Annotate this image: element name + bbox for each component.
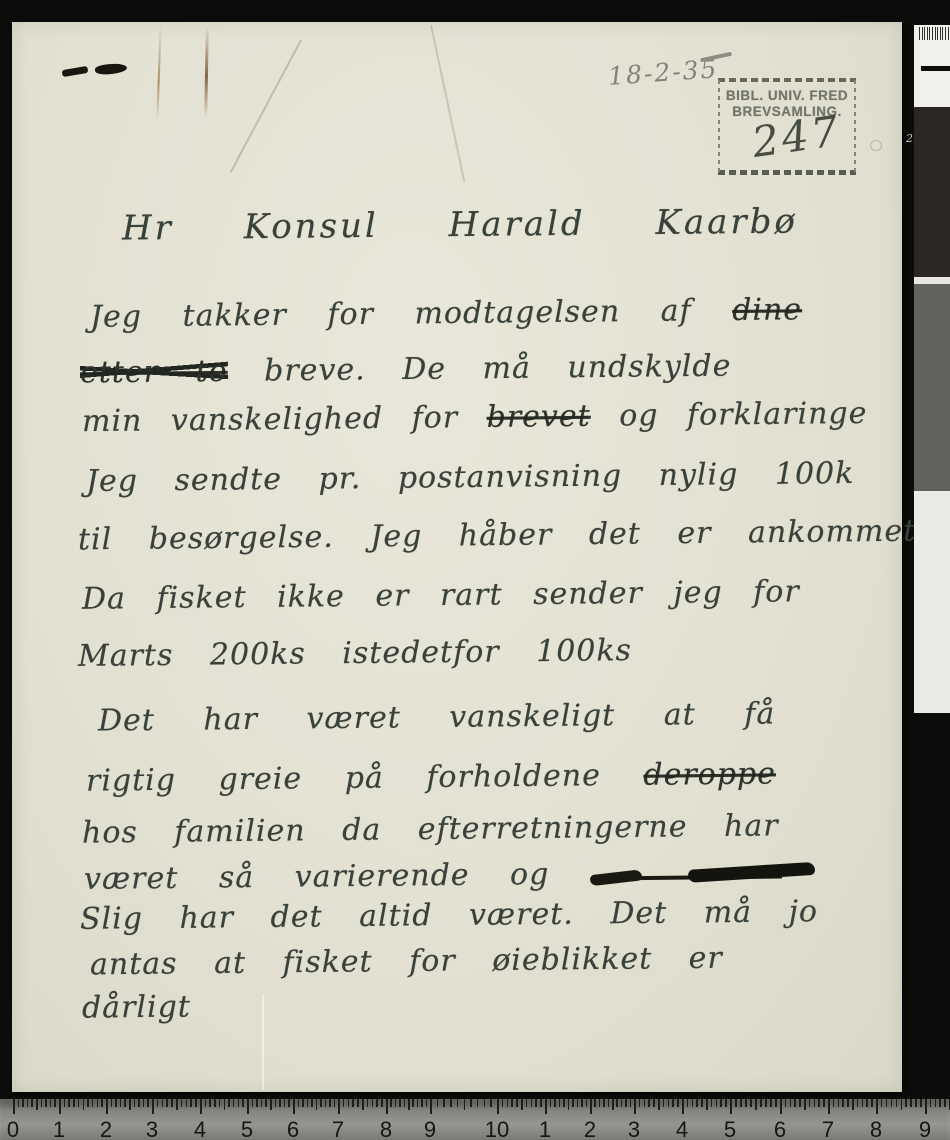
ruler-tick xyxy=(876,1099,878,1114)
ruler-tick xyxy=(838,1099,840,1107)
letter-line: etter to breve. De må undskylde xyxy=(80,349,732,391)
paper-crease xyxy=(156,24,161,120)
paper-stain xyxy=(870,140,882,151)
ruler-number: 8 xyxy=(870,1117,882,1140)
ruler-tick xyxy=(701,1099,703,1107)
ink-smudge xyxy=(95,62,128,75)
ruler-tick xyxy=(214,1099,216,1107)
ruler-tick xyxy=(608,1099,610,1107)
ruler-tick xyxy=(866,1099,868,1107)
ruler-tick xyxy=(450,1099,452,1107)
ruler-tick xyxy=(939,1099,941,1107)
ruler-tick xyxy=(352,1099,354,1107)
ruler-tick xyxy=(625,1099,627,1107)
ruler-tick xyxy=(531,1099,533,1107)
ruler-tick xyxy=(417,1099,419,1107)
letter-text: breve. De må undskylde xyxy=(227,349,731,389)
ruler-tick xyxy=(421,1099,423,1107)
ruler-tick xyxy=(261,1099,263,1107)
ruler-tick xyxy=(621,1099,623,1107)
ruler-tick xyxy=(612,1099,614,1110)
ruler-tick xyxy=(143,1099,145,1107)
ruler-tick xyxy=(298,1099,300,1107)
letter-line: Marts 200ks istedetfor 100ks xyxy=(78,633,632,674)
calibration-tick xyxy=(922,27,923,40)
ruler-tick xyxy=(648,1099,650,1107)
ruler-tick xyxy=(176,1099,178,1110)
ruler-number: 6 xyxy=(774,1117,786,1140)
ruler-tick xyxy=(896,1099,898,1107)
calibration-tick xyxy=(937,27,938,40)
ruler-tick xyxy=(833,1099,835,1107)
ruler-tick xyxy=(794,1099,796,1107)
ruler-tick xyxy=(905,1099,907,1107)
scanned-letter-page: 18-2-35 BIBL. UNIV. FRED BREVSAMLING. 24… xyxy=(0,0,950,1140)
ruler-tick xyxy=(653,1099,655,1107)
ruler-tick xyxy=(59,1099,61,1114)
ruler-tick xyxy=(663,1099,665,1107)
letter-line: til besørgelse. Jeg håber det er ankomme… xyxy=(78,514,917,558)
ruler-number: 0 xyxy=(7,1117,19,1140)
letter-text: til besørgelse. Jeg håber det er ankomme… xyxy=(78,514,917,558)
ruler-tick xyxy=(265,1099,267,1107)
ruler-tick xyxy=(78,1099,80,1107)
ruler-tick xyxy=(901,1099,903,1110)
ruler-number: 4 xyxy=(194,1117,206,1140)
ruler-tick xyxy=(279,1099,281,1107)
ruler-tick xyxy=(238,1099,240,1107)
ruler-tick xyxy=(256,1099,258,1107)
ruler-tick xyxy=(692,1099,694,1107)
ruler-tick xyxy=(31,1099,33,1107)
ruler-tick xyxy=(554,1099,556,1107)
ruler-tick xyxy=(484,1099,486,1107)
letter-text: hos familien da efterretningerne har xyxy=(82,808,779,850)
ruler-tick xyxy=(497,1099,499,1114)
ruler-tick xyxy=(720,1099,722,1107)
ruler-tick xyxy=(209,1099,211,1107)
ruler-tick xyxy=(162,1099,164,1107)
ruler-tick xyxy=(41,1099,43,1107)
ruler-tick xyxy=(288,1099,290,1107)
ruler-tick xyxy=(275,1099,277,1107)
ruler-tick xyxy=(930,1099,932,1107)
ruler-number: 4 xyxy=(676,1117,688,1140)
ruler-tick xyxy=(457,1099,459,1107)
ruler-tick xyxy=(891,1099,893,1107)
ruler-tick xyxy=(563,1099,565,1107)
ruler-tick xyxy=(716,1099,718,1107)
ruler-tick xyxy=(594,1099,596,1107)
paper-crease xyxy=(430,25,465,182)
ruler-number: 7 xyxy=(822,1117,834,1140)
ruler-tick xyxy=(711,1099,713,1107)
ruler-tick xyxy=(828,1099,830,1114)
ruler-tick xyxy=(862,1099,864,1107)
ruler-tick xyxy=(785,1099,787,1107)
ruler-tick xyxy=(550,1099,552,1107)
ruler-tick xyxy=(511,1099,513,1107)
ruler-tick xyxy=(818,1099,820,1107)
ruler-tick xyxy=(18,1099,20,1107)
ruler-tick xyxy=(293,1099,295,1114)
ruler-tick xyxy=(348,1099,350,1107)
calibration-tick xyxy=(935,27,936,40)
ruler-tick xyxy=(935,1099,937,1107)
ruler-tick xyxy=(329,1099,331,1107)
ruler-tick xyxy=(54,1099,56,1107)
ruler-tick xyxy=(581,1099,583,1107)
letter-paper: 18-2-35 BIBL. UNIV. FRED BREVSAMLING. 24… xyxy=(12,22,902,1092)
ruler-tick xyxy=(270,1099,272,1110)
calibration-tick xyxy=(924,27,925,40)
ruler-number: 10 xyxy=(485,1117,509,1140)
ruler-tick xyxy=(915,1099,917,1107)
ruler-number: 2 xyxy=(584,1117,596,1140)
ruler-tick xyxy=(823,1099,825,1107)
letter-text: Marts 200ks istedetfor 100ks xyxy=(78,633,632,674)
letter-line: Jeg sendte pr. postanvisning nylig 100k xyxy=(86,456,855,499)
ruler-tick xyxy=(233,1099,235,1107)
ink-smudge xyxy=(62,66,89,77)
letter-text: Hr Konsul Harald Kaarbø xyxy=(122,201,798,248)
letter-line: Hr Konsul Harald Kaarbø xyxy=(122,201,798,248)
calibration-tick xyxy=(929,27,930,40)
ruler-number: 3 xyxy=(628,1117,640,1140)
letter-text: Slig har det altid været. Det må jo xyxy=(80,894,818,937)
ruler-tick xyxy=(944,1099,946,1107)
letter-text: rigtig greie på forholdene xyxy=(86,758,644,799)
ruler-tick xyxy=(668,1099,670,1107)
ruler-tick xyxy=(464,1099,466,1110)
ruler-tick xyxy=(64,1099,66,1107)
calibration-tick xyxy=(932,27,933,40)
calibration-tick xyxy=(945,27,946,40)
letter-text: Jeg sendte pr. postanvisning nylig 100k xyxy=(86,456,855,499)
ruler-tick xyxy=(780,1099,782,1114)
ruler-tick xyxy=(252,1099,254,1107)
calibration-patch-dark-step xyxy=(914,107,950,277)
ruler-tick xyxy=(367,1099,369,1107)
ruler-tick xyxy=(73,1099,75,1107)
ruler-number: 5 xyxy=(724,1117,736,1140)
ruler-tick xyxy=(166,1099,168,1107)
ruler-number: 3 xyxy=(146,1117,158,1140)
ruler-tick xyxy=(526,1099,528,1107)
ruler-tick xyxy=(559,1099,561,1107)
letter-line: dårligt xyxy=(82,989,191,1025)
ruler-tick xyxy=(124,1099,126,1107)
ruler-tick xyxy=(730,1099,732,1114)
ruler-number: 1 xyxy=(539,1117,551,1140)
letter-text: min vanskelighed for xyxy=(82,400,487,439)
ruler-tick xyxy=(83,1099,85,1110)
calibration-tick xyxy=(942,27,943,40)
ruler-tick xyxy=(426,1099,428,1107)
calibration-tick xyxy=(927,27,928,40)
ruler-tick xyxy=(115,1099,117,1107)
ruler-tick xyxy=(770,1099,772,1107)
calibration-patch-white-line xyxy=(914,277,950,284)
letter-text: antas at fisket for øieblikket er xyxy=(90,941,723,983)
ruler-tick xyxy=(316,1099,318,1110)
struck-word: etter to xyxy=(80,354,228,391)
ruler-number: 8 xyxy=(380,1117,392,1140)
ruler-tick xyxy=(490,1099,492,1107)
ruler-tick xyxy=(181,1099,183,1107)
ruler-tick xyxy=(687,1099,689,1107)
ruler-tick xyxy=(755,1099,757,1110)
ruler-tick xyxy=(740,1099,742,1107)
ruler-tick xyxy=(545,1099,547,1114)
letter-text: Da fisket ikke er rart sender jeg for xyxy=(82,574,800,617)
paper-crease xyxy=(204,26,208,118)
letter-line: Da fisket ikke er rart sender jeg for xyxy=(82,574,800,617)
ruler-tick xyxy=(804,1099,806,1110)
ruler-number: 9 xyxy=(424,1117,436,1140)
ruler-tick xyxy=(540,1099,542,1107)
ruler-tick xyxy=(430,1099,432,1114)
ruler-tick xyxy=(87,1099,89,1107)
ruler-tick xyxy=(809,1099,811,1107)
ruler-tick xyxy=(343,1099,345,1107)
struck-word: brevet xyxy=(486,399,590,435)
stamp-text-line1: BIBL. UNIV. FRED xyxy=(718,88,856,103)
calibration-patch-gray-step xyxy=(914,284,950,491)
ruler-tick xyxy=(521,1099,523,1110)
ruler-tick xyxy=(790,1099,792,1107)
calibration-mark-line xyxy=(921,66,950,71)
ruler-tick xyxy=(857,1099,859,1107)
struck-word: deroppe xyxy=(643,756,776,792)
paper-crease xyxy=(262,995,264,1090)
ruler-tick xyxy=(572,1099,574,1107)
ruler-tick xyxy=(477,1099,479,1107)
ruler-tick xyxy=(134,1099,136,1107)
ruler-tick xyxy=(658,1099,660,1110)
letter-line: antas at fisket for øieblikket er xyxy=(90,941,723,983)
ruler-tick xyxy=(842,1099,844,1107)
ruler-tick xyxy=(120,1099,122,1107)
ruler-tick xyxy=(200,1099,202,1114)
letter-line: hos familien da efterretningerne har xyxy=(82,808,779,850)
ruler-tick xyxy=(568,1099,570,1110)
ruler-number: 7 xyxy=(332,1117,344,1140)
ruler-tick xyxy=(672,1099,674,1107)
ruler: 012345678910123456789 xyxy=(0,1099,950,1140)
letter-line: Jeg takker for modtagelsen af dine xyxy=(90,292,802,334)
ruler-tick xyxy=(502,1099,504,1107)
ruler-number: 9 xyxy=(919,1117,931,1140)
ruler-tick xyxy=(386,1099,388,1114)
ruler-tick xyxy=(152,1099,154,1114)
ruler-tick xyxy=(13,1099,15,1114)
library-stamp: BIBL. UNIV. FRED BREVSAMLING. 247 xyxy=(718,78,856,175)
ruler-tick xyxy=(381,1099,383,1107)
ruler-tick xyxy=(106,1099,108,1114)
ruler-tick xyxy=(735,1099,737,1107)
ruler-tick xyxy=(516,1099,518,1107)
ruler-tick xyxy=(311,1099,313,1107)
ruler-tick xyxy=(577,1099,579,1107)
ruler-tick xyxy=(535,1099,537,1107)
ruler-number: 2 xyxy=(100,1117,112,1140)
ruler-tick xyxy=(706,1099,708,1110)
ruler-tick xyxy=(399,1099,401,1107)
ruler-tick xyxy=(920,1099,922,1107)
ruler-tick xyxy=(147,1099,149,1107)
calibration-step-label: 2 xyxy=(906,132,913,145)
ruler-tick xyxy=(910,1099,912,1107)
ruler-tick xyxy=(408,1099,410,1110)
ruler-tick xyxy=(307,1099,309,1107)
letter-text: været så varierende og xyxy=(84,857,590,897)
ruler-tick xyxy=(242,1099,244,1107)
ruler-tick xyxy=(775,1099,777,1107)
ruler-tick xyxy=(750,1099,752,1107)
ruler-tick xyxy=(129,1099,131,1110)
ruler-tick xyxy=(224,1099,226,1110)
calibration-tick xyxy=(948,27,949,40)
ruler-tick xyxy=(390,1099,392,1107)
ruler-tick xyxy=(362,1099,364,1110)
letter-text: Jeg takker for modtagelsen af xyxy=(90,293,733,335)
ruler-tick xyxy=(372,1099,374,1107)
letter-text: Det har været vanskeligt at få xyxy=(98,696,776,738)
ruler-tick xyxy=(814,1099,816,1107)
ruler-tick xyxy=(847,1099,849,1107)
ruler-tick xyxy=(696,1099,698,1107)
letter-text: og forklaringe xyxy=(591,396,868,434)
ruler-tick xyxy=(302,1099,304,1107)
letter-line: min vanskelighed for brevet og forklarin… xyxy=(82,396,868,439)
ruler-tick xyxy=(45,1099,47,1107)
ruler-tick xyxy=(925,1099,927,1114)
ruler-tick xyxy=(586,1099,588,1107)
struck-word: dine xyxy=(732,292,802,328)
letter-line: Det har været vanskeligt at få xyxy=(98,696,776,738)
ruler-tick xyxy=(92,1099,94,1107)
ruler-tick xyxy=(27,1099,29,1107)
ruler-tick xyxy=(412,1099,414,1107)
ruler-tick xyxy=(171,1099,173,1107)
ruler-tick xyxy=(338,1099,340,1114)
ruler-number: 1 xyxy=(53,1117,65,1140)
ruler-tick xyxy=(470,1099,472,1107)
ruler-tick xyxy=(760,1099,762,1107)
ruler-tick xyxy=(376,1099,378,1107)
ruler-tick xyxy=(320,1099,322,1107)
calibration-tick xyxy=(940,27,941,40)
ruler-tick xyxy=(603,1099,605,1107)
ruler-tick xyxy=(205,1099,207,1107)
ruler-tick xyxy=(186,1099,188,1107)
ruler-tick xyxy=(190,1099,192,1107)
ruler-tick xyxy=(765,1099,767,1107)
ruler-tick xyxy=(599,1099,601,1107)
heavy-scribble xyxy=(590,863,818,885)
ruler-tick xyxy=(50,1099,52,1107)
ruler-tick xyxy=(677,1099,679,1107)
letter-text: dårligt xyxy=(82,989,191,1025)
letter-line: været så varierende og xyxy=(84,854,818,897)
ruler-tick xyxy=(852,1099,854,1110)
ruler-tick xyxy=(36,1099,38,1110)
ruler-tick xyxy=(357,1099,359,1107)
letter-line: rigtig greie på forholdene deroppe xyxy=(86,756,776,798)
ruler-tick xyxy=(745,1099,747,1107)
ruler-tick xyxy=(507,1099,509,1107)
ruler-tick xyxy=(97,1099,99,1107)
stamp-border-top xyxy=(718,78,856,82)
ruler-tick xyxy=(881,1099,883,1107)
ruler-tick xyxy=(886,1099,888,1107)
ruler-number: 5 xyxy=(241,1117,253,1140)
ruler-tick xyxy=(404,1099,406,1107)
calibration-patch-white-step xyxy=(914,491,950,713)
ruler-tick xyxy=(639,1099,641,1107)
ruler-tick xyxy=(228,1099,230,1107)
ruler-tick xyxy=(634,1099,636,1114)
ruler-tick xyxy=(68,1099,70,1107)
ruler-tick xyxy=(644,1099,646,1107)
letter-line: Slig har det altid været. Det må jo xyxy=(80,894,818,937)
ruler-tick xyxy=(138,1099,140,1107)
ruler-tick xyxy=(616,1099,618,1107)
ruler-tick xyxy=(22,1099,24,1107)
ruler-tick xyxy=(725,1099,727,1107)
ruler-tick xyxy=(682,1099,684,1114)
ruler-tick xyxy=(247,1099,249,1114)
ruler-tick xyxy=(101,1099,103,1107)
ruler-tick xyxy=(443,1099,445,1107)
ruler-tick xyxy=(325,1099,327,1107)
ruler-tick xyxy=(111,1099,113,1107)
stamp-border-bottom xyxy=(718,170,856,175)
paper-crease xyxy=(230,40,302,173)
ruler-tick xyxy=(630,1099,632,1107)
ruler-tick xyxy=(219,1099,221,1107)
ruler-tick xyxy=(395,1099,397,1107)
ruler-tick xyxy=(284,1099,286,1107)
ruler-tick xyxy=(157,1099,159,1107)
ruler-tick xyxy=(871,1099,873,1107)
ruler-tick xyxy=(799,1099,801,1107)
calibration-tick xyxy=(919,27,920,40)
ruler-number: 6 xyxy=(287,1117,299,1140)
ruler-tick xyxy=(195,1099,197,1107)
ruler-tick xyxy=(334,1099,336,1107)
ruler-tick xyxy=(590,1099,592,1114)
ruler-tick xyxy=(437,1099,439,1107)
